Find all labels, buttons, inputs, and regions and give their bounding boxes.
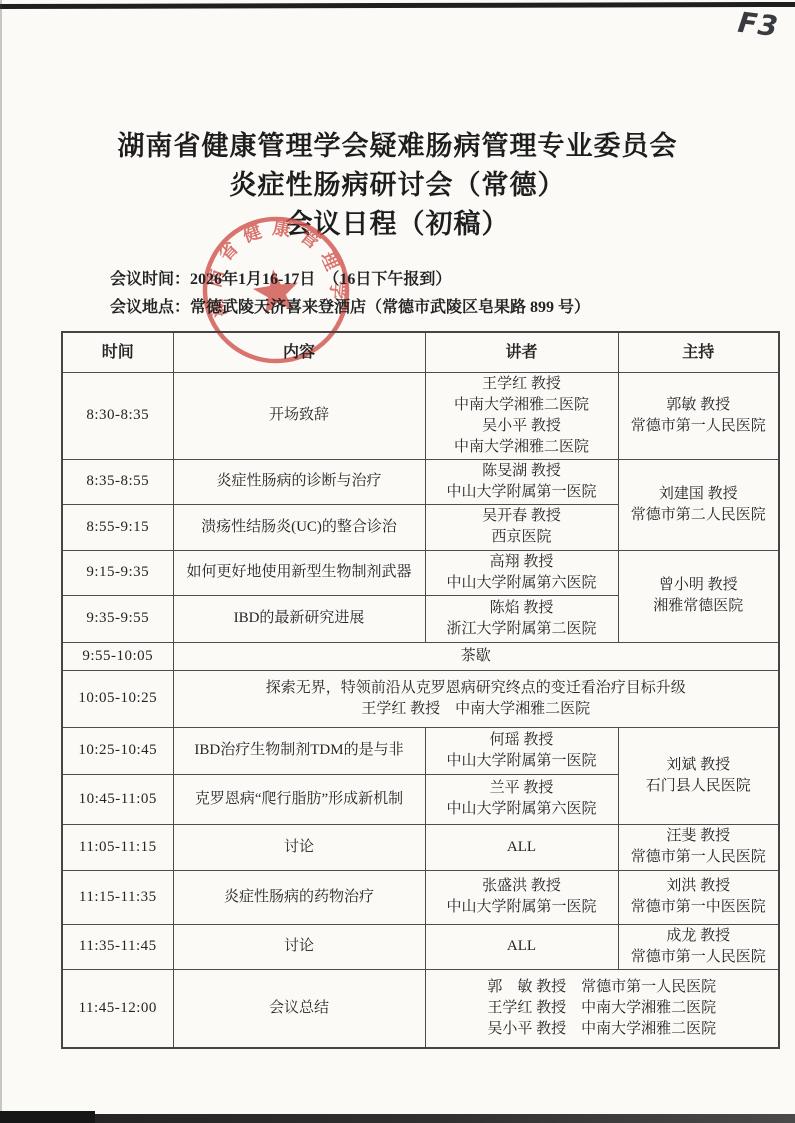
table-row-break: 9:55-10:05 茶歇 — [62, 642, 779, 670]
host-cell: 刘洪 教授 常德市第一中医医院 — [618, 870, 779, 924]
time-cell: 8:30-8:35 — [62, 372, 173, 459]
speaker-cell: 陈焰 教授 浙江大学附属第二医院 — [425, 595, 618, 642]
host-cell: 刘建国 教授 常德市第二人民医院 — [618, 459, 779, 550]
title-line-3: 会议日程（初稿） — [0, 205, 795, 244]
time-cell: 11:45-12:00 — [62, 969, 173, 1048]
time-cell: 11:15-11:35 — [62, 870, 173, 924]
meeting-venue: 会议地点：常德武陵天济喜来登酒店（常德市武陵区皂果路 899 号） — [110, 294, 590, 322]
content-cell: 会议总结 — [173, 969, 425, 1048]
agenda-table: 时间 内容 讲者 主持 8:30-8:35 开场致辞 王学红 教授 中南大学湘雅… — [61, 331, 780, 1049]
meeting-info: 会议时间：2026年1月16-17日 （16日下午报到） 会议地点：常德武陵天济… — [110, 266, 590, 322]
handwritten-page-note: F3 — [737, 6, 781, 44]
host-cell: 郭敏 教授 常德市第一人民医院 — [618, 372, 779, 459]
table-row: 9:15-9:35 如何更好地使用新型生物制剂武器 高翔 教授 中山大学附属第六… — [62, 550, 779, 595]
content-cell: IBD的最新研究进展 — [173, 595, 425, 642]
time-cell: 8:35-8:55 — [62, 459, 173, 504]
table-row: 10:05-10:25 探索无界，特领前沿从克罗恩病研究终点的变迁看治疗目标升级… — [62, 670, 779, 727]
table-row: 10:25-10:45 IBD治疗生物制剂TDM的是与非 何瑶 教授 中山大学附… — [62, 727, 779, 774]
speaker-cell: 吴开春 教授 西京医院 — [425, 504, 618, 550]
speaker-cell: 高翔 教授 中山大学附属第六医院 — [425, 550, 618, 595]
table-row: 11:05-11:15 讨论 ALL 汪斐 教授 常德市第一人民医院 — [62, 824, 779, 870]
document-title: 湖南省健康管理学会疑难肠病管理专业委员会 炎症性肠病研讨会（常德） 会议日程（初… — [0, 127, 795, 244]
table-header-row: 时间 内容 讲者 主持 — [62, 332, 779, 372]
time-cell: 11:35-11:45 — [62, 924, 173, 969]
speaker-cell: ALL — [425, 824, 618, 870]
host-cell: 曾小明 教授 湘雅常德医院 — [618, 550, 779, 642]
scan-edge-bottom-left — [0, 1111, 95, 1123]
time-cell: 8:55-9:15 — [62, 504, 173, 550]
header-time: 时间 — [62, 332, 173, 372]
speaker-cell: 陈旻湖 教授 中山大学附属第一医院 — [425, 459, 618, 504]
table-row: 11:35-11:45 讨论 ALL 成龙 教授 常德市第一人民医院 — [62, 924, 779, 969]
header-speaker: 讲者 — [425, 332, 618, 372]
content-cell: 溃疡性结肠炎(UC)的整合诊治 — [173, 504, 425, 550]
speaker-cell: ALL — [425, 924, 618, 969]
title-line-2: 炎症性肠病研讨会（常德） — [0, 166, 795, 205]
speaker-cell: 兰平 教授 中山大学附属第六医院 — [425, 774, 618, 824]
table-row: 11:45-12:00 会议总结 郭 敏 教授 常德市第一人民医院 王学红 教授… — [62, 969, 779, 1048]
time-cell: 10:45-11:05 — [62, 774, 173, 824]
time-cell: 11:05-11:15 — [62, 824, 173, 870]
host-cell: 汪斐 教授 常德市第一人民医院 — [618, 824, 779, 870]
header-host: 主持 — [618, 332, 779, 372]
content-cell: 克罗恩病“爬行脂肪”形成新机制 — [173, 774, 425, 824]
content-cell: 探索无界，特领前沿从克罗恩病研究终点的变迁看治疗目标升级 王学红 教授 中南大学… — [173, 670, 779, 727]
speaker-cell: 郭 敏 教授 常德市第一人民医院 王学红 教授 中南大学湘雅二医院 吴小平 教授… — [425, 969, 779, 1048]
content-cell: 茶歇 — [173, 642, 779, 670]
time-cell: 10:05-10:25 — [62, 670, 173, 727]
table-row: 11:15-11:35 炎症性肠病的药物治疗 张盛洪 教授 中山大学附属第一医院… — [62, 870, 779, 924]
content-cell: 讨论 — [173, 924, 425, 969]
scan-edge-bottom — [0, 1114, 795, 1123]
table-row: 8:35-8:55 炎症性肠病的诊断与治疗 陈旻湖 教授 中山大学附属第一医院 … — [62, 459, 779, 504]
speaker-cell: 张盛洪 教授 中山大学附属第一医院 — [425, 870, 618, 924]
time-cell: 10:25-10:45 — [62, 727, 173, 774]
scanned-page: F3 湖南省健康管理学会疑难肠病管理专业委员会 炎症性肠病研讨会（常德） 会议日… — [0, 0, 795, 1123]
speaker-cell: 何瑶 教授 中山大学附属第一医院 — [425, 727, 618, 774]
content-cell: 如何更好地使用新型生物制剂武器 — [173, 550, 425, 595]
host-cell: 刘斌 教授 石门县人民医院 — [618, 727, 779, 824]
meeting-time: 会议时间：2026年1月16-17日 （16日下午报到） — [110, 266, 590, 294]
host-cell: 成龙 教授 常德市第一人民医院 — [618, 924, 779, 969]
header-content: 内容 — [173, 332, 425, 372]
speaker-cell: 王学红 教授 中南大学湘雅二医院 吴小平 教授 中南大学湘雅二医院 — [425, 372, 618, 459]
content-cell: 开场致辞 — [173, 372, 425, 459]
content-cell: IBD治疗生物制剂TDM的是与非 — [173, 727, 425, 774]
time-cell: 9:15-9:35 — [62, 550, 173, 595]
table-row: 8:30-8:35 开场致辞 王学红 教授 中南大学湘雅二医院 吴小平 教授 中… — [62, 372, 779, 459]
scan-edge-top — [0, 2, 795, 9]
content-cell: 炎症性肠病的诊断与治疗 — [173, 459, 425, 504]
content-cell: 炎症性肠病的药物治疗 — [173, 870, 425, 924]
time-cell: 9:55-10:05 — [62, 642, 173, 670]
time-cell: 9:35-9:55 — [62, 595, 173, 642]
content-cell: 讨论 — [173, 824, 425, 870]
title-line-1: 湖南省健康管理学会疑难肠病管理专业委员会 — [0, 127, 795, 166]
